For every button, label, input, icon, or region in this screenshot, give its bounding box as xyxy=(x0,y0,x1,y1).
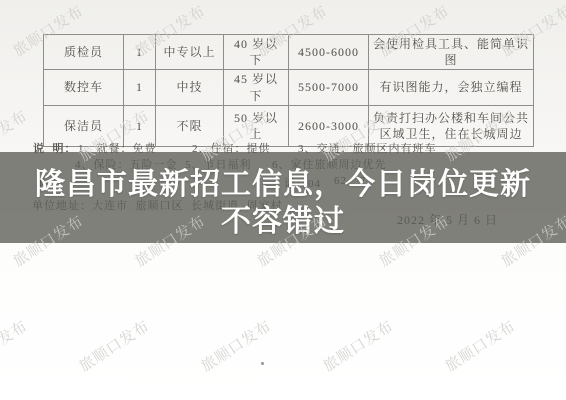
cell-count: 1 xyxy=(124,70,156,105)
cell-position: 数控车 xyxy=(44,70,124,105)
screenshot-root: 质检员 1 中专以上 40 岁以下 4500-6000 会使用检具工具、能简单识… xyxy=(0,0,566,400)
table-row: 质检员 1 中专以上 40 岁以下 4500-6000 会使用检具工具、能简单识… xyxy=(44,35,534,70)
headline-line2: 不容错过 xyxy=(0,203,566,240)
headline-line1: 隆昌市最新招工信息，今日岗位更新 xyxy=(0,166,566,203)
cell-age: 40 岁以下 xyxy=(224,35,289,70)
headline: 隆昌市最新招工信息，今日岗位更新 不容错过 xyxy=(0,166,566,240)
cell-requirements: 有识图能力，会独立编程 xyxy=(369,70,534,105)
cell-count: 1 xyxy=(124,35,156,70)
cell-education: 中技 xyxy=(156,70,224,105)
ink-speck xyxy=(261,362,264,365)
recruitment-table: 质检员 1 中专以上 40 岁以下 4500-6000 会使用检具工具、能简单识… xyxy=(43,34,534,147)
table-row: 数控车 1 中技 45 岁以下 5500-7000 有识图能力，会独立编程 xyxy=(44,70,534,105)
cell-salary: 5500-7000 xyxy=(289,70,369,105)
cell-position: 质检员 xyxy=(44,35,124,70)
cell-requirements: 会使用检具工具、能简单识图 xyxy=(369,35,534,70)
cell-salary: 4500-6000 xyxy=(289,35,369,70)
cell-education: 中专以上 xyxy=(156,35,224,70)
cell-age: 45 岁以下 xyxy=(224,70,289,105)
